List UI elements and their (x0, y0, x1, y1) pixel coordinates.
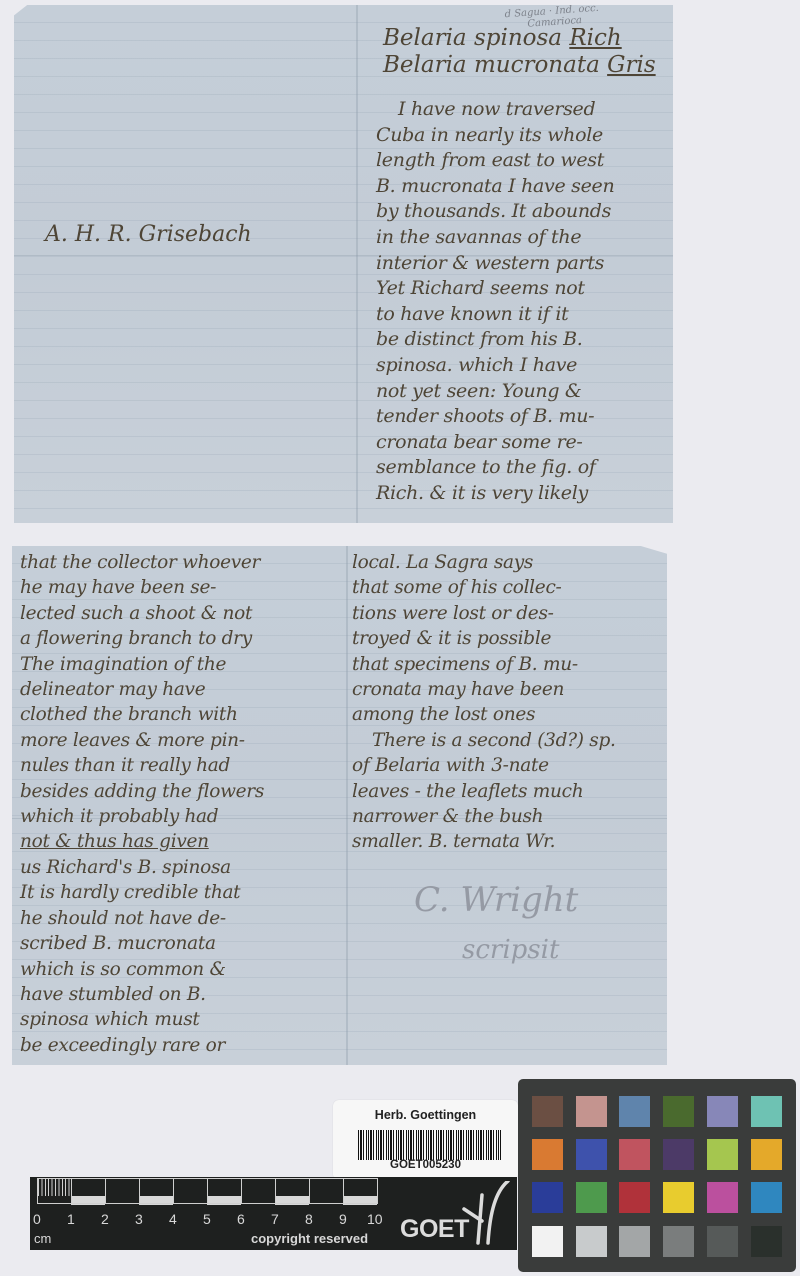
title-line-1: Belaria spinosa Rich (383, 25, 622, 51)
text-line: not & thus has given (20, 829, 264, 854)
text-line: spinosa which must (20, 1007, 264, 1032)
color-patch (619, 1096, 650, 1127)
barcode-number: GOET005230 (333, 1159, 518, 1171)
ruler-segment (241, 1178, 276, 1204)
color-patch (576, 1096, 607, 1127)
ruler-number: 3 (135, 1211, 143, 1227)
ruler-unit: cm (34, 1231, 51, 1246)
text-line: troyed & it is possible (352, 626, 616, 651)
color-patch (707, 1182, 738, 1213)
text-line: It is hardly credible that (20, 880, 264, 905)
text-line: to have known it if it (376, 302, 614, 328)
ruler-segment (343, 1178, 378, 1204)
color-patch (663, 1182, 694, 1213)
text-line: us Richard's B. spinosa (20, 855, 264, 880)
ruler-segment (275, 1178, 310, 1204)
text-line: that specimens of B. mu- (352, 652, 616, 677)
text-line: lected such a shoot & not (20, 601, 264, 626)
text-line: scribed B. mucronata (20, 931, 264, 956)
text-line: more leaves & more pin- (20, 728, 264, 753)
text-line: length from east to west (376, 148, 614, 174)
text-line: Cuba in nearly its whole (376, 123, 614, 149)
ruler-number: 9 (339, 1211, 347, 1227)
color-patch (751, 1096, 782, 1127)
color-patch (532, 1226, 563, 1257)
text-line: he should not have de- (20, 906, 264, 931)
ruler-segment (173, 1178, 208, 1204)
text-line: in the savannas of the (376, 225, 614, 251)
text-line: not yet seen: Young & (376, 379, 614, 405)
text-line: semblance to the fig. of (376, 455, 614, 481)
color-patch (663, 1096, 694, 1127)
text-line: local. La Sagra says (352, 550, 616, 575)
color-patch (663, 1139, 694, 1170)
text-line: that the collector whoever (20, 550, 264, 575)
ruler-number: 8 (305, 1211, 313, 1227)
text-line: Rich. & it is very likely (376, 481, 614, 507)
bottom-left-column: that the collector whoever he may have b… (20, 550, 264, 1058)
color-patch (707, 1226, 738, 1257)
fold-line (346, 546, 348, 1065)
text-line: tions were lost or des- (352, 601, 616, 626)
text-line: smaller. B. ternata Wr. (352, 829, 616, 854)
text-line: There is a second (3d?) sp. (352, 728, 616, 753)
color-patch (751, 1226, 782, 1257)
color-patch (751, 1182, 782, 1213)
author-abbrev: Rich (569, 25, 621, 51)
ruler-number: 1 (67, 1211, 75, 1227)
text-line: cronata may have been (352, 677, 616, 702)
ruler-number: 2 (101, 1211, 109, 1227)
signature-scripsit: scripsit (462, 935, 559, 965)
ruler-number: 5 (203, 1211, 211, 1227)
text-line: a flowering branch to dry (20, 626, 264, 651)
color-patch (663, 1226, 694, 1257)
ruler-segment (309, 1178, 344, 1204)
ruler-number: 4 (169, 1211, 177, 1227)
text-line: spinosa. which I have (376, 353, 614, 379)
scale-ruler: 0 1 2 3 4 5 6 7 8 9 10 cm copyright rese… (30, 1177, 517, 1250)
text-line: which it probably had (20, 804, 264, 829)
text-line: nules than it really had (20, 753, 264, 778)
fold-line (356, 5, 358, 523)
goet-leaf-logo-icon (460, 1181, 510, 1247)
text-line: delineator may have (20, 677, 264, 702)
text-line: interior & western parts (376, 251, 614, 277)
text-line: Yet Richard seems not (376, 276, 614, 302)
ruler-segment (105, 1178, 140, 1204)
author-abbrev: Gris (607, 52, 656, 78)
ruler-segment (207, 1178, 242, 1204)
goet-logo-text: GOET (400, 1215, 469, 1244)
text-line: which is so common & (20, 957, 264, 982)
ruler-number: 6 (237, 1211, 245, 1227)
text-line: B. mucronata I have seen (376, 174, 614, 200)
color-calibration-chart (518, 1079, 796, 1272)
text-line: have stumbled on B. (20, 982, 264, 1007)
text-line: I have now traversed (376, 97, 614, 123)
text-line: tender shoots of B. mu- (376, 404, 614, 430)
color-patch (576, 1226, 607, 1257)
species-name: Belaria spinosa (383, 25, 562, 51)
ruler-scale-bar (37, 1177, 377, 1205)
signature-name: C. Wright (414, 880, 578, 920)
text-line: he may have been se- (20, 575, 264, 600)
bottom-right-column: local. La Sagra says that some of his co… (352, 550, 616, 855)
text-line: leaves - the leaflets much (352, 779, 616, 804)
text-line: cronata bear some re- (376, 430, 614, 456)
herbarium-barcode-label: Herb. Goettingen GOET005230 (333, 1100, 518, 1180)
herbarium-name: Herb. Goettingen (333, 1108, 518, 1122)
color-patch (751, 1139, 782, 1170)
ruler-number: 10 (367, 1211, 383, 1227)
text-line: besides adding the flowers (20, 779, 264, 804)
species-name: Belaria mucronata (383, 52, 600, 78)
text-line: that some of his collec- (352, 575, 616, 600)
text-line: of Belaria with 3-nate (352, 753, 616, 778)
ruler-segment (71, 1178, 106, 1204)
ruler-number: 0 (33, 1211, 41, 1227)
mm-ticks (38, 1178, 71, 1196)
color-patch (576, 1182, 607, 1213)
text-line: be exceedingly rare or (20, 1033, 264, 1058)
color-patch (532, 1139, 563, 1170)
ruler-number: 7 (271, 1211, 279, 1227)
text-line: The imagination of the (20, 652, 264, 677)
color-patch (619, 1139, 650, 1170)
color-patch (619, 1226, 650, 1257)
color-patch (707, 1096, 738, 1127)
barcode-icon (358, 1130, 501, 1160)
color-patch (576, 1139, 607, 1170)
text-line: narrower & the bush (352, 804, 616, 829)
top-right-body: I have now traversed Cuba in nearly its … (376, 97, 614, 507)
text-line: be distinct from his B. (376, 327, 614, 353)
color-patch (619, 1182, 650, 1213)
addressee: A. H. R. Grisebach (45, 222, 252, 247)
text-line: by thousands. It abounds (376, 199, 614, 225)
text-line: clothed the branch with (20, 702, 264, 727)
copyright-notice: copyright reserved (251, 1231, 368, 1246)
ruler-segment (139, 1178, 174, 1204)
text-line: among the lost ones (352, 702, 616, 727)
title-line-2: Belaria mucronata Gris (383, 52, 656, 78)
color-patch (707, 1139, 738, 1170)
color-patch (532, 1096, 563, 1127)
color-patch (532, 1182, 563, 1213)
